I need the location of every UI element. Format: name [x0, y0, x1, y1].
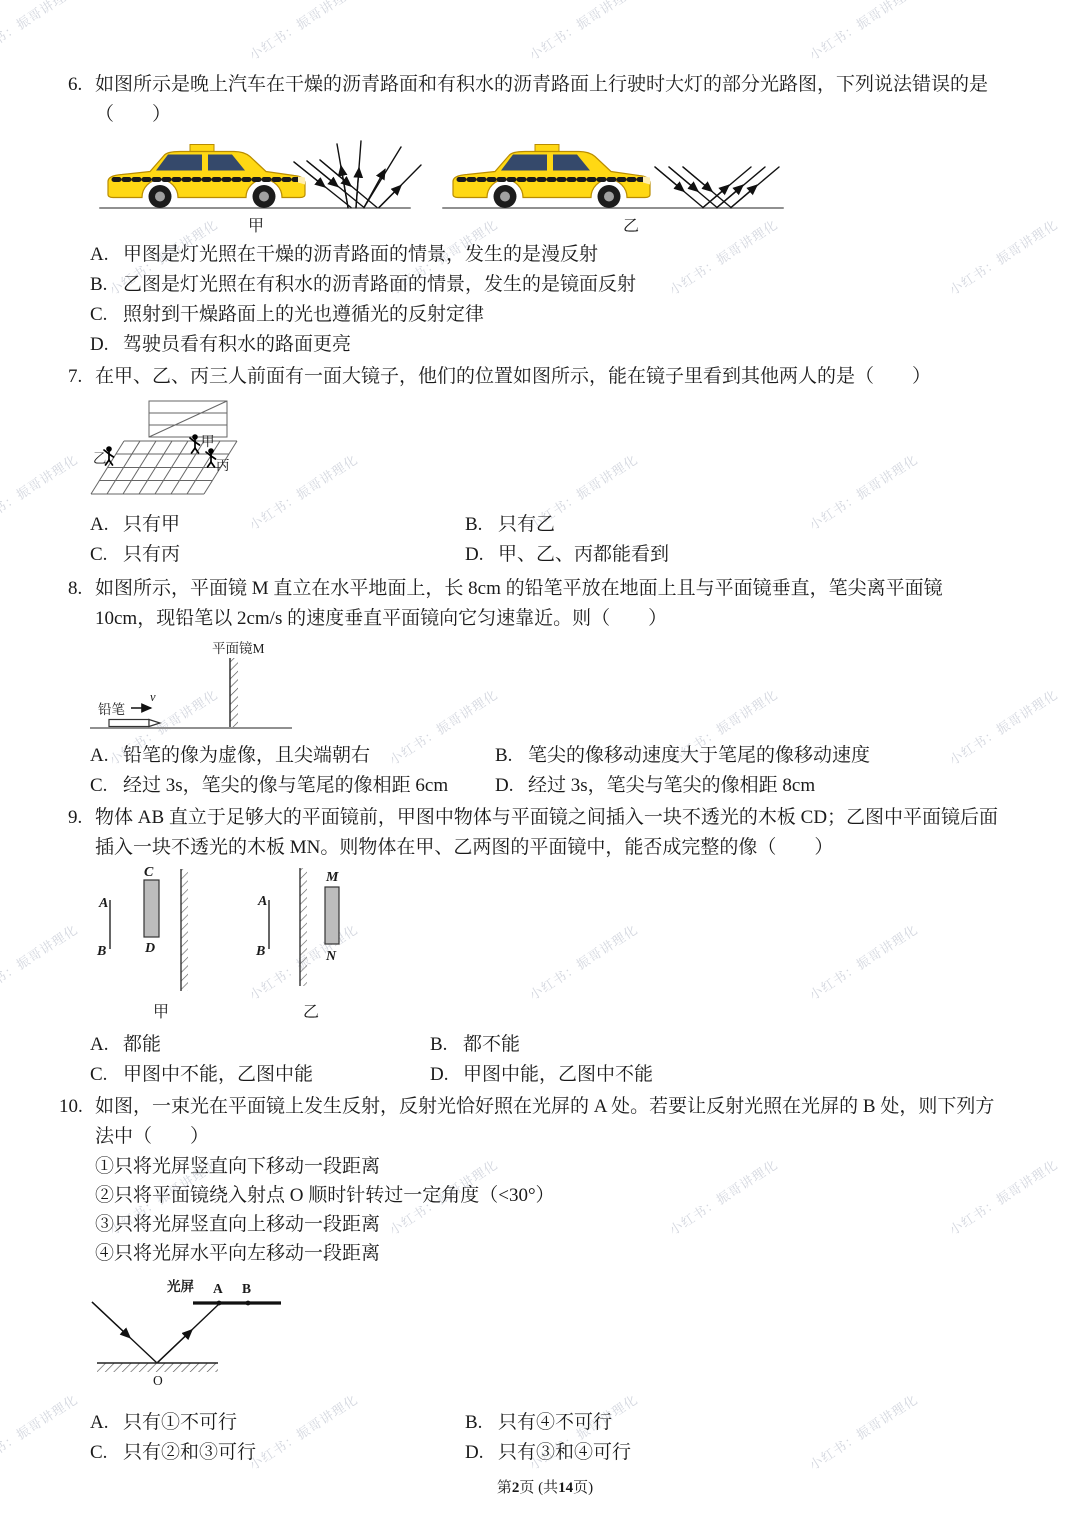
watermark-text: 小红书：振哥讲理化 [525, 0, 641, 64]
option-text: 经过 3s，笔尖的像与笔尾的像相距 6cm [123, 771, 448, 801]
point-b-label: B [255, 944, 265, 959]
question-7-text: 在甲、乙、丙三人前面有一面大镜子，他们的位置如图所示，能在镜子里看到其他两人的是… [95, 366, 931, 387]
person-bing-label: 丙 [216, 458, 230, 473]
plane-mirror [230, 658, 238, 727]
option-label: D. [90, 330, 123, 360]
option-label: A. [90, 1030, 123, 1060]
footer-mid: 页 (共 [519, 1480, 558, 1496]
option-7-C: C.只有丙 [90, 540, 465, 570]
option-8-C: C.经过 3s，笔尖的像与笔尾的像相距 6cm [90, 771, 495, 801]
figure-q10-reflection-screen: 光屏 A B O [85, 1273, 335, 1401]
option-text: 经过 3s，笔尖与笔尖的像相距 8cm [528, 771, 815, 801]
sub-item-2: ②只将平面镜绕入射点 O 顺时针转过一定角度（<30°） [95, 1181, 1025, 1210]
sub-item-4: ④只将光屏水平向左移动一段距离 [95, 1239, 1025, 1268]
option-label: C. [90, 771, 123, 801]
option-text: 只有②和③可行 [123, 1438, 256, 1468]
question-9-number: 9. [68, 803, 82, 833]
option-6-D: D.驾驶员看有积水的路面更亮 [90, 330, 1025, 360]
screen-label: 光屏 [167, 1278, 194, 1294]
option-text: 只有④不可行 [498, 1408, 612, 1438]
board-cd [144, 880, 159, 937]
option-7-B: B.只有乙 [465, 510, 1025, 540]
watermark-text: 小红书：振哥讲理化 [0, 0, 81, 64]
mirror-label: 平面镜M [212, 640, 265, 656]
option-8-B: B.笔尖的像移动速度大于笔尾的像移动速度 [495, 741, 1025, 771]
option-text: 只有③和④可行 [498, 1438, 631, 1468]
board-mn [325, 887, 339, 944]
question-9-options: A.都能 B.都不能 C.甲图中不能，乙图中能 D.甲图中能，乙图中不能 [65, 1030, 1025, 1090]
question-9-stem: 9. 物体 AB 直立于足够大的平面镜前，甲图中物体与平面镜之间插入一块不透光的… [65, 803, 1000, 863]
figure-q6-left-label: 甲 [248, 217, 264, 234]
point-a-label: A [257, 894, 267, 909]
option-10-D: D.只有③和④可行 [465, 1438, 1025, 1468]
figure-q6-right-label: 乙 [623, 218, 639, 234]
option-text: 驾驶员看有积水的路面更亮 [123, 330, 351, 360]
diagram-jia: A B C D 甲 [96, 865, 188, 1021]
question-8-options: A.铅笔的像为虚像，且尖端朝右 B.笔尖的像移动速度大于笔尾的像移动速度 C.经… [65, 741, 1025, 801]
figure-q8-pencil-plane-mirror: 平面镜M 铅笔 v [85, 637, 315, 732]
pencil-label: 铅笔 [98, 702, 125, 717]
option-label: D. [465, 540, 498, 570]
option-6-B: B.乙图是灯光照在有积水的沥青路面的情景，发生的是镜面反射 [90, 270, 1025, 300]
option-label: C. [90, 1060, 123, 1090]
question-6: 6. 如图所示是晚上汽车在干燥的沥青路面和有积水的沥青路面上行驶时大灯的部分光路… [65, 70, 1025, 360]
point-c-label: C [144, 865, 154, 880]
option-label: A. [90, 741, 123, 771]
option-label: A. [90, 510, 123, 540]
light-rays [92, 1302, 219, 1363]
option-text: 乙图是灯光照在有积水的沥青路面的情景，发生的是镜面反射 [123, 270, 636, 300]
option-text: 甲图中不能，乙图中能 [123, 1060, 313, 1090]
option-label: D. [430, 1060, 463, 1090]
person-jia-label: 甲 [201, 434, 215, 449]
option-6-A: A.甲图是灯光照在干燥的沥青路面的情景，发生的是漫反射 [90, 240, 1025, 270]
pencil [109, 720, 160, 727]
point-a-label: A [98, 896, 108, 911]
option-label: D. [465, 1438, 498, 1468]
exam-document-page: 小红书：振哥讲理化小红书：振哥讲理化小红书：振哥讲理化小红书：振哥讲理化小红书：… [0, 0, 1080, 1528]
point-b-label: B [242, 1281, 251, 1296]
option-label: B. [465, 510, 498, 540]
option-text: 都能 [123, 1030, 161, 1060]
question-6-stem: 6. 如图所示是晚上汽车在干燥的沥青路面和有积水的沥青路面上行驶时大灯的部分光路… [65, 70, 1000, 130]
watermark-text: 小红书：振哥讲理化 [805, 0, 921, 64]
watermark-text: 小红书：振哥讲理化 [245, 0, 361, 64]
option-text: 甲图中能，乙图中不能 [463, 1060, 653, 1090]
question-10: 10. 如图，一束光在平面镜上发生反射，反射光恰好照在光屏的 A 处。若要让反射… [65, 1092, 1025, 1468]
question-8-text: 如图所示，平面镜 M 直立在水平地面上，长 8cm 的铅笔平放在地面上且与平面镜… [95, 578, 943, 629]
point-b-dot [246, 1301, 251, 1306]
question-7-number: 7. [68, 362, 82, 392]
option-text: 只有丙 [123, 540, 180, 570]
footer-suffix: 页) [573, 1480, 593, 1496]
question-6-text: 如图所示是晚上汽车在干燥的沥青路面和有积水的沥青路面上行驶时大灯的部分光路图，下… [95, 74, 988, 125]
question-8-stem: 8. 如图所示，平面镜 M 直立在水平地面上，长 8cm 的铅笔平放在地面上且与… [65, 574, 1000, 634]
mirror-hatch [300, 868, 307, 986]
footer-prefix: 第 [497, 1480, 512, 1496]
page-footer: 第2页 (共14页) [65, 1476, 1025, 1497]
question-6-options: A.甲图是灯光照在干燥的沥青路面的情景，发生的是漫反射 B.乙图是灯光照在有积水… [65, 240, 1025, 360]
option-8-D: D.经过 3s，笔尖与笔尖的像相距 8cm [495, 771, 1025, 801]
option-label: A. [90, 240, 123, 270]
point-m-label: M [325, 870, 339, 885]
velocity-label: v [150, 690, 156, 704]
mirror [149, 401, 227, 437]
option-10-C: C.只有②和③可行 [90, 1438, 465, 1468]
option-9-C: C.甲图中不能，乙图中能 [90, 1060, 430, 1090]
option-label: B. [430, 1030, 463, 1060]
option-7-D: D.甲、乙、丙都能看到 [465, 540, 1025, 570]
point-a-label: A [213, 1281, 223, 1296]
option-label: D. [495, 771, 528, 801]
person-yi-label: 乙 [93, 451, 107, 466]
question-7-options: A.只有甲 B.只有乙 C.只有丙 D.甲、乙、丙都能看到 [65, 510, 1025, 570]
option-label: B. [90, 270, 123, 300]
option-text: 甲、乙、丙都能看到 [498, 540, 669, 570]
option-text: 铅笔的像为虚像，且尖端朝右 [123, 741, 370, 771]
sub-item-3: ③只将光屏竖直向上移动一段距离 [95, 1210, 1025, 1239]
option-label: B. [495, 741, 528, 771]
question-6-number: 6. [68, 70, 82, 100]
question-8: 8. 如图所示，平面镜 M 直立在水平地面上，长 8cm 的铅笔平放在地面上且与… [65, 574, 1025, 801]
sub-item-1: ①只将光屏竖直向下移动一段距离 [95, 1152, 1025, 1181]
figure-q7-mirror-three-people: 乙 甲 丙 [87, 397, 277, 507]
option-text: 笔尖的像移动速度大于笔尾的像移动速度 [528, 741, 870, 771]
question-7: 7. 在甲、乙、丙三人前面有一面大镜子，他们的位置如图所示，能在镜子里看到其他两… [65, 362, 1025, 570]
diffuse-reflection-scene: 甲 [100, 141, 421, 234]
option-text: 只有①不可行 [123, 1408, 237, 1438]
option-9-A: A.都能 [90, 1030, 430, 1060]
option-label: C. [90, 540, 123, 570]
point-n-label: N [325, 949, 337, 964]
question-9-text: 物体 AB 直立于足够大的平面镜前，甲图中物体与平面镜之间插入一块不透光的木板 … [95, 807, 998, 858]
option-label: B. [465, 1408, 498, 1438]
option-text: 都不能 [463, 1030, 520, 1060]
specular-reflection-scene: 乙 [443, 145, 783, 235]
point-b-label: B [96, 944, 106, 959]
mirror-hatch [181, 869, 188, 991]
option-text: 甲图是灯光照在干燥的沥青路面的情景，发生的是漫反射 [123, 240, 598, 270]
question-10-sub-items: ①只将光屏竖直向下移动一段距离 ②只将平面镜绕入射点 O 顺时针转过一定角度（<… [65, 1152, 1025, 1268]
option-label: C. [90, 1438, 123, 1468]
option-10-B: B.只有④不可行 [465, 1408, 1025, 1438]
diagram-yi: A B M N 乙 [255, 868, 339, 1021]
point-o-label: O [153, 1373, 163, 1388]
option-6-C: C.照射到干燥路面上的光也遵循光的反射定律 [90, 300, 1025, 330]
option-7-A: A.只有甲 [90, 510, 465, 540]
diagram-yi-caption: 乙 [303, 1004, 319, 1021]
option-9-B: B.都不能 [430, 1030, 1025, 1060]
option-label: A. [90, 1408, 123, 1438]
question-10-text: 如图，一束光在平面镜上发生反射，反射光恰好照在光屏的 A 处。若要让反射光照在光… [95, 1096, 994, 1147]
option-10-A: A.只有①不可行 [90, 1408, 465, 1438]
option-9-D: D.甲图中能，乙图中不能 [430, 1060, 1025, 1090]
question-8-number: 8. [68, 574, 82, 604]
diagram-jia-caption: 甲 [153, 1003, 169, 1021]
footer-total-pages: 14 [558, 1480, 573, 1496]
question-10-number: 10. [59, 1092, 83, 1122]
figure-q9-object-board-mirror: A B C D 甲 A B M [93, 865, 363, 1025]
option-text: 只有乙 [498, 510, 555, 540]
question-7-stem: 7. 在甲、乙、丙三人前面有一面大镜子，他们的位置如图所示，能在镜子里看到其他两… [65, 362, 1000, 392]
option-label: C. [90, 300, 123, 330]
figure-q6-car-headlight-reflection: 甲 乙 [98, 138, 788, 234]
page-content: 6. 如图所示是晚上汽车在干燥的沥青路面和有积水的沥青路面上行驶时大灯的部分光路… [65, 70, 1025, 1497]
question-10-stem: 10. 如图，一束光在平面镜上发生反射，反射光恰好照在光屏的 A 处。若要让反射… [65, 1092, 1000, 1152]
mirror [97, 1363, 218, 1372]
option-text: 只有甲 [123, 510, 180, 540]
question-10-options: A.只有①不可行 B.只有④不可行 C.只有②和③可行 D.只有③和④可行 [65, 1408, 1025, 1468]
option-text: 照射到干燥路面上的光也遵循光的反射定律 [123, 300, 484, 330]
question-9: 9. 物体 AB 直立于足够大的平面镜前，甲图中物体与平面镜之间插入一块不透光的… [65, 803, 1025, 1090]
option-8-A: A.铅笔的像为虚像，且尖端朝右 [90, 741, 495, 771]
point-d-label: D [144, 941, 155, 956]
